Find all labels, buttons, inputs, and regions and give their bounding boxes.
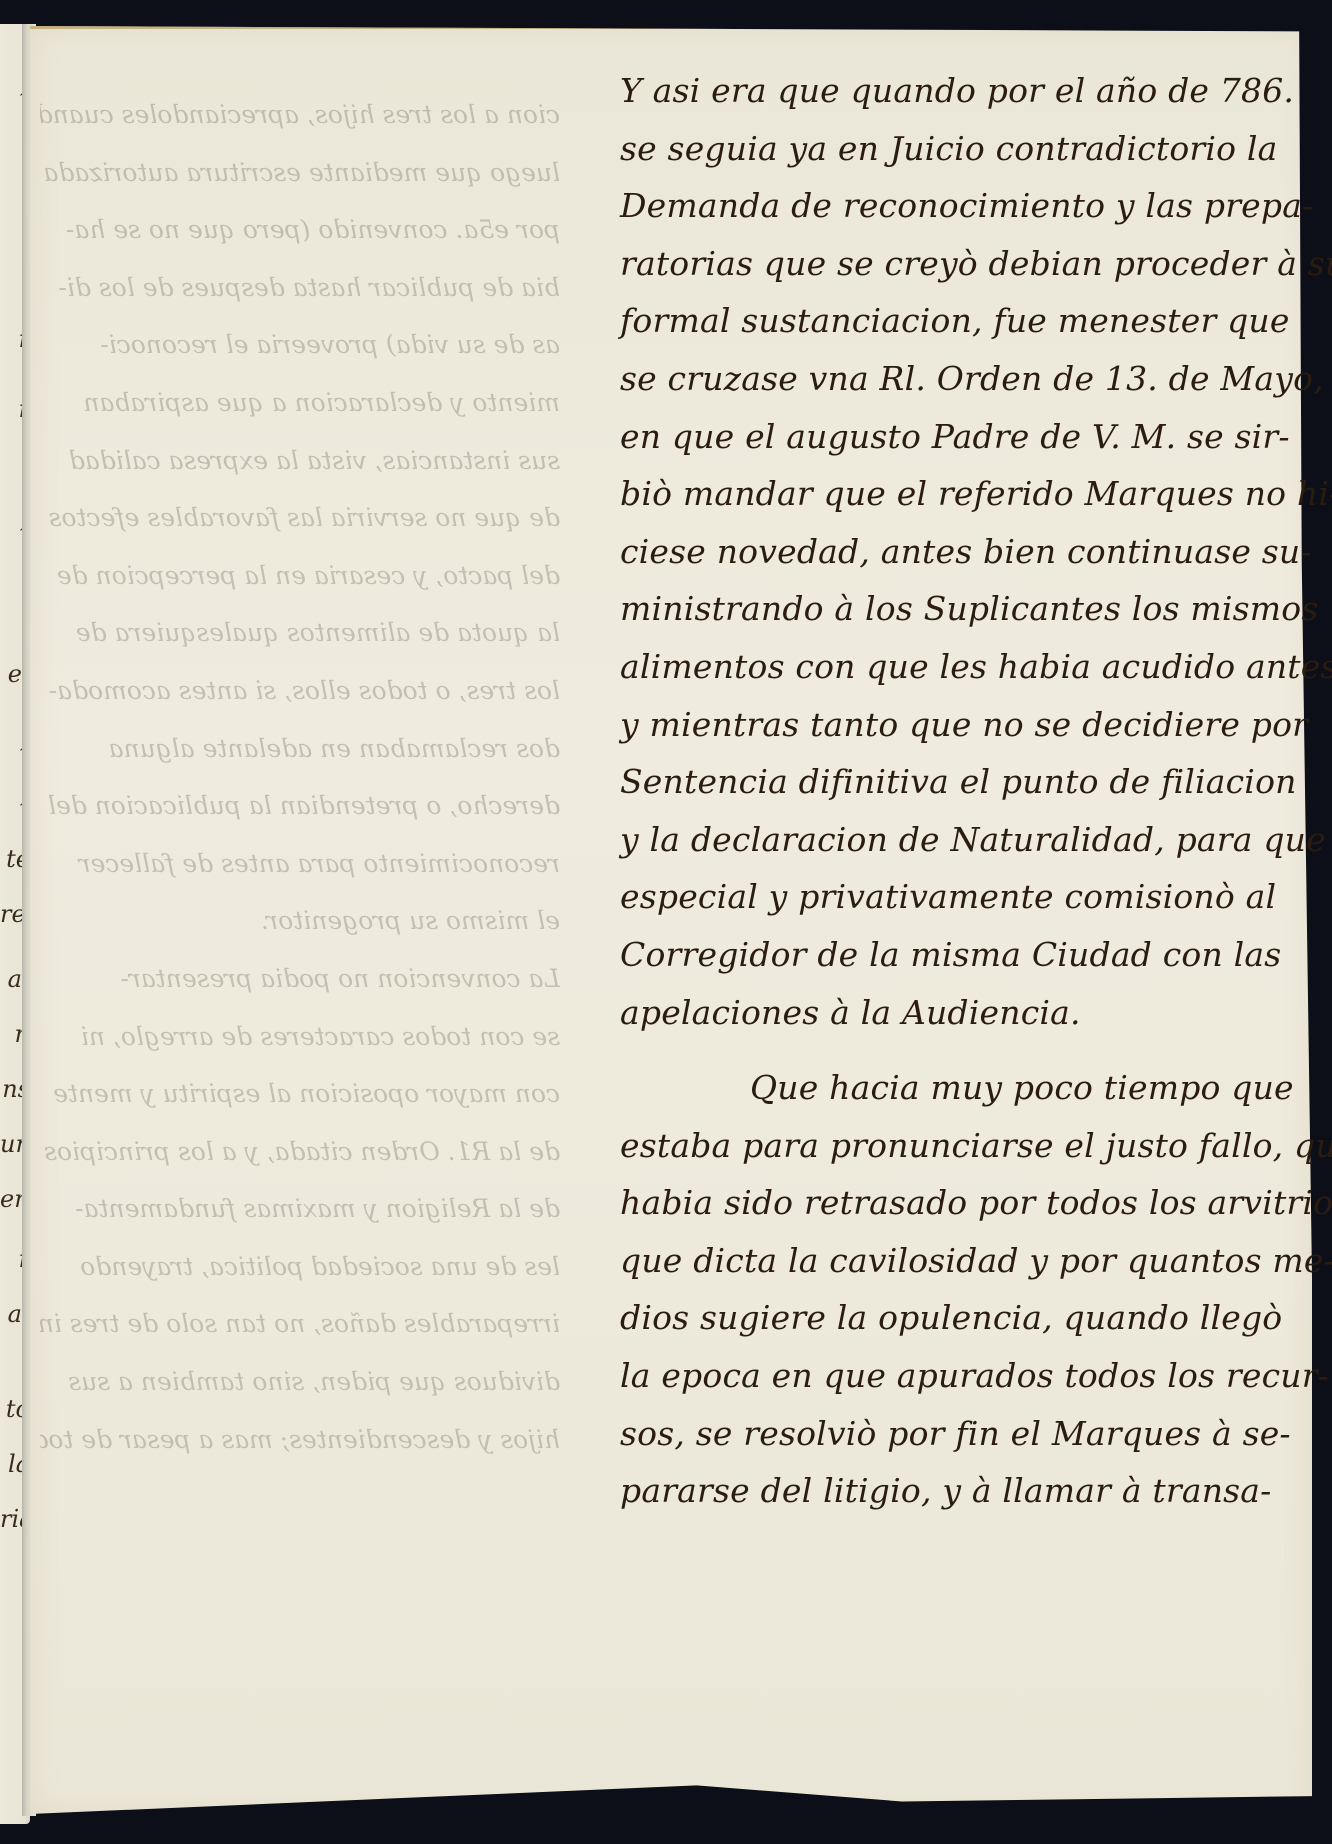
- bleed-line: hijos y descendientes; mas a pesar de to…: [40, 1411, 560, 1469]
- manuscript-line: estaba para pronunciarse el justo fallo,…: [620, 1117, 1270, 1175]
- manuscript-line: Corregidor de la misma Ciudad con las: [620, 926, 1270, 984]
- manuscript-line: y mientras tanto que no se decidiere por: [620, 696, 1270, 754]
- manuscript-line: que dicta la cavilosidad y por quantos m…: [620, 1232, 1270, 1290]
- manuscript-line: sos, se resolviò por fin el Marques à se…: [620, 1405, 1270, 1463]
- bleed-line: irreparables daños, no tan solo de tres …: [40, 1295, 560, 1353]
- manuscript-line: se cruzase vna Rl. Orden de 13. de Mayo,: [620, 350, 1270, 408]
- manuscript-text-column: Y asi era que quando por el año de 786. …: [620, 62, 1270, 1520]
- manuscript-line: Sentencia difinitiva el punto de filiaci…: [620, 753, 1270, 811]
- manuscript-line: ciese novedad, antes bien continuase su-: [620, 523, 1270, 581]
- bleed-line: se con todos caracteres de arreglo, ni: [40, 1008, 560, 1066]
- manuscript-line: formal sustanciacion, fue menester que: [620, 292, 1270, 350]
- manuscript-line: Y asi era que quando por el año de 786.: [620, 62, 1270, 120]
- bleed-through-text: cion a los tres hijos, apreciandoles cua…: [40, 86, 560, 1468]
- manuscript-line: se seguia ya en Juicio contradictorio la: [620, 120, 1270, 178]
- bleed-line: dividuos que piden, sino tambien a sus: [40, 1353, 560, 1411]
- bleed-line: as de su vida) proveeria el reconoci-: [40, 316, 560, 374]
- manuscript-line: ministrando à los Suplicantes los mismos: [620, 580, 1270, 638]
- bleed-line: luego que mediante escritura autorizada: [40, 144, 560, 202]
- bleed-line: el mismo su progenitor.: [40, 892, 560, 950]
- bleed-line: sus instancias, vista la expresa calidad: [40, 432, 560, 490]
- bleed-line: miento y declaracion a que aspiraban: [40, 374, 560, 432]
- manuscript-line: habia sido retrasado por todos los arvit…: [620, 1174, 1270, 1232]
- bleed-line: los tres, o todos ellos, si antes acomod…: [40, 662, 560, 720]
- bleed-line: con mayor oposicion al espiritu y mente: [40, 1065, 560, 1123]
- bleed-line: La convencion no podia presentar-: [40, 950, 560, 1008]
- bleed-line: la quota de alimentos qualesquiera de: [40, 604, 560, 662]
- bleed-line: bia de publicar hasta despues de los di-: [40, 259, 560, 317]
- manuscript-line: la epoca en que apurados todos los recur…: [620, 1347, 1270, 1405]
- manuscript-line: biò mandar que el referido Marques no hi…: [620, 465, 1270, 523]
- bleed-line: por e5a. convenido (pero que no se ha-: [40, 201, 560, 259]
- manuscript-line: alimentos con que les habia acudido ante…: [620, 638, 1270, 696]
- bleed-line: de la Religion y maximas fundamenta-: [40, 1180, 560, 1238]
- bleed-line: de que no serviria las favorables efecto…: [40, 489, 560, 547]
- bleed-line: les de una sociedad politica, trayendo: [40, 1238, 560, 1296]
- manuscript-line: Demanda de reconocimiento y las prepa-: [620, 177, 1270, 235]
- manuscript-paragraph-start: Que hacia muy poco tiempo que: [620, 1059, 1270, 1117]
- manuscript-line: y la declaracion de Naturalidad, para qu…: [620, 811, 1270, 869]
- bleed-line: derecho, o pretendian la publicacion del: [40, 777, 560, 835]
- bleed-line: de la R1. Orden citada, y a los principi…: [40, 1123, 560, 1181]
- bleed-line: reconocimiento para antes de fallecer: [40, 835, 560, 893]
- bleed-line: cion a los tres hijos, apreciandoles cua…: [40, 86, 560, 144]
- manuscript-line: ratorias que se creyò debian proceder à …: [620, 235, 1270, 293]
- bleed-line: del pacto, y cesaria en la percepcion de: [40, 547, 560, 605]
- manuscript-line: dios sugiere la opulencia, quando llegò: [620, 1289, 1270, 1347]
- manuscript-line: especial y privativamente comisionò al: [620, 868, 1270, 926]
- manuscript-paragraph-end: apelaciones à la Audiencia.: [620, 984, 1270, 1042]
- bleed-line: dos reclamaban en adelante alguna: [40, 720, 560, 778]
- manuscript-line: en que el augusto Padre de V. M. se sir-: [620, 408, 1270, 466]
- manuscript-line: pararse del litigio, y à llamar à transa…: [620, 1462, 1270, 1520]
